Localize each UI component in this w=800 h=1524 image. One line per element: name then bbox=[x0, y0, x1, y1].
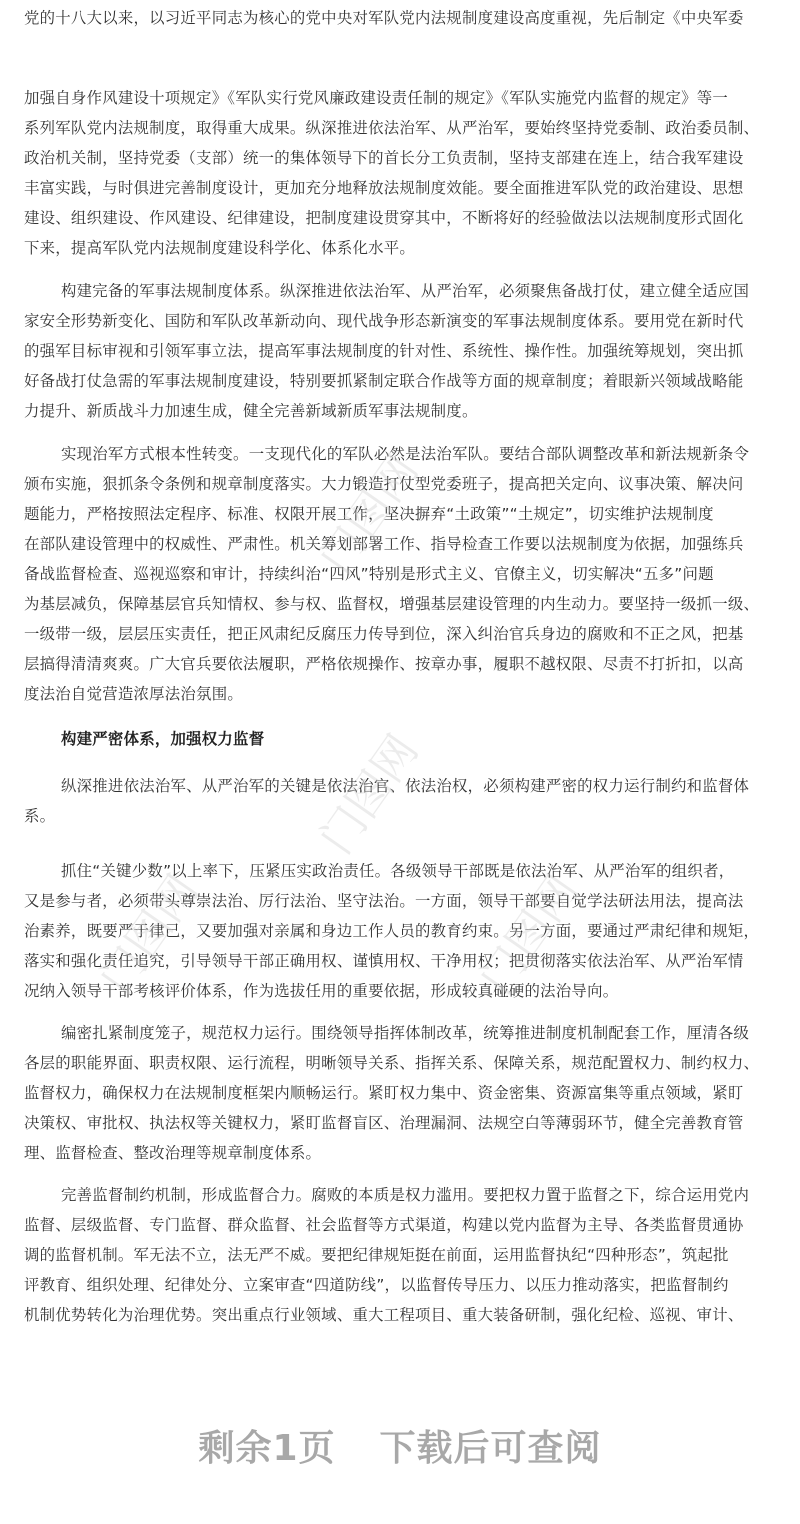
paragraph-line: 监督权力，确保权力在法规制度框架内顺畅运行。紧盯权力集中、资金密集、资源富集等重… bbox=[24, 1083, 743, 1103]
paragraph-line: 在部队建设管理中的权威性、严肃性。机关筹划部署工作、指导检查工作要以法规制度为依… bbox=[24, 534, 743, 554]
paragraph-line: 构建完备的军事法规制度体系。纵深推进依法治军、从严治军，必须聚焦备战打仗，建立健… bbox=[61, 281, 749, 301]
paragraph-line: 层搞得清清爽爽。广大官兵要依法履职，严格依规操作、按章办事，履职不越权限、尽责不… bbox=[24, 654, 743, 674]
paragraph-line: 党的十八大以来，以习近平同志为核心的党中央对军队党内法规制度建设高度重视，先后制… bbox=[24, 8, 743, 28]
paragraph-line: 题能力，严格按照法定程序、标准、权限开展工作，坚决摒弃“土政策”“土规定”，切实… bbox=[24, 504, 714, 524]
paragraph-line: 下来，提高军队党内法规制度建设科学化、体系化水平。 bbox=[24, 238, 415, 258]
paragraph-line: 监督、层级监督、专门监督、群众监督、社会监督等方式渠道，构建以党内监督为主导、各… bbox=[24, 1215, 743, 1235]
paragraph-line: 编密扎紧制度笼子，规范权力运行。围绕领导指挥体制改革，统筹推进制度机制配套工作，… bbox=[61, 1023, 749, 1043]
paragraph-line: 落实和强化责任追究，引导领导干部正确用权、谨慎用权、干净用权；把贯彻落实依法治军… bbox=[24, 951, 743, 971]
paragraph-line: 评教育、组织处理、纪律处分、立案审查“四道防线”，以监督传导压力、以压力推动落实… bbox=[24, 1275, 729, 1295]
paragraph-line: 理、监督检查、整改治理等规章制度体系。 bbox=[24, 1143, 321, 1163]
paragraph-line: 政治机关制，坚持党委（支部）统一的集体领导下的首长分工负责制，坚持支部建在连上，… bbox=[24, 148, 743, 168]
paragraph-line: 的强军目标审视和引领军事立法，提高军事法规制度的针对性、系统性、操作性。加强统筹… bbox=[24, 341, 743, 361]
paragraph-line: 系列军队党内法规制度，取得重大成果。纵深推进依法治军、从严治军，要始终坚持党委制… bbox=[24, 118, 759, 138]
paragraph-line: 建设、组织建设、作风建设、纪律建设，把制度建设贯穿其中，不断将好的经验做法以法规… bbox=[24, 208, 743, 228]
paragraph-line: 颁布实施，狠抓条令条例和规章制度落实。大力锻造打仗型党委班子，提高把关定向、议事… bbox=[24, 474, 743, 494]
paragraph-line: 决策权、审批权、执法权等关键权力，紧盯监督盲区、治理漏洞、法规空白等薄弱环节，健… bbox=[24, 1113, 743, 1133]
section-heading: 构建严密体系，加强权力监督 bbox=[61, 729, 264, 749]
paragraph-line: 纵深推进依法治军、从严治军的关键是依法治官、依法治权，必须构建严密的权力运行制约… bbox=[61, 776, 749, 796]
paragraph-line: 家安全形势新变化、国防和军队改革新动向、现代战争形态新演变的军事法规制度体系。要… bbox=[24, 311, 743, 331]
paragraph-line: 为基层减负，保障基层官兵知情权、参与权、监督权，增强基层建设管理的内生动力。要坚… bbox=[24, 594, 759, 614]
paragraph-line: 实现治军方式根本性转变。一支现代化的军队必然是法治军队。要结合部队调整改革和新法… bbox=[61, 444, 749, 464]
paragraph-line: 一级带一级，层层压实责任，把正风肃纪反腐压力传导到位，深入纠治官兵身边的腐败和不… bbox=[24, 624, 743, 644]
download-to-view-label[interactable]: 下载后可查阅 bbox=[380, 1428, 602, 1469]
paragraph-line: 加强自身作风建设十项规定》《军队实行党风廉政建设责任制的规定》《军队实施党内监督… bbox=[24, 88, 728, 108]
paragraph-line: 力提升、新质战斗力加速生成，健全完善新域新质军事法规制度。 bbox=[24, 401, 478, 421]
paragraph-line: 机制优势转化为治理优势。突出重点行业领域、重大工程项目、重大装备研制，强化纪检、… bbox=[24, 1305, 743, 1325]
paragraph-line: 各层的职能界面、职责权限、运行流程，明晰领导关系、指挥关系、保障关系，规范配置权… bbox=[24, 1053, 759, 1073]
paragraph-line: 调的监督机制。军无法不立，法无严不威。要把纪律规矩挺在前面，运用监督执纪“四种形… bbox=[24, 1245, 729, 1265]
paragraph-line: 丰富实践，与时俱进完善制度设计，更加充分地释放法规制度效能。要全面推进军队党的政… bbox=[24, 178, 743, 198]
paragraph-line: 度法治自觉营造浓厚法治氛围。 bbox=[24, 684, 243, 704]
remaining-pages-label: 剩余1页 bbox=[198, 1428, 335, 1469]
paragraph-line: 治素养，既要严于律己，又要加强对亲属和身边工作人员的教育约束。另一方面，要通过严… bbox=[24, 921, 759, 941]
download-to-read-prompt[interactable]: 剩余1页下载后可查阅 bbox=[0, 1420, 800, 1471]
paragraph-line: 好备战打仗急需的军事法规制度建设，特别要抓紧制定联合作战等方面的规章制度；着眼新… bbox=[24, 371, 743, 391]
paragraph-line: 又是参与者，必须带头尊崇法治、厉行法治、坚守法治。一方面，领导干部要自觉学法研法… bbox=[24, 891, 743, 911]
paragraph-line: 况纳入领导干部考核评价体系，作为选拔任用的重要依据，形成较真碰硬的法治导向。 bbox=[24, 981, 618, 1001]
paragraph-line: 系。 bbox=[24, 806, 55, 826]
paragraph-line: 抓住“关键少数”以上率下，压紧压实政治责任。各级领导干部既是依法治军、从严治军的… bbox=[61, 861, 734, 881]
paragraph-line: 备战监督检查、巡视巡察和审计，持续纠治“四风”特别是形式主义、官僚主义，切实解决… bbox=[24, 564, 714, 584]
paragraph-line: 完善监督制约机制，形成监督合力。腐败的本质是权力滥用。要把权力置于监督之下，综合… bbox=[61, 1185, 749, 1205]
